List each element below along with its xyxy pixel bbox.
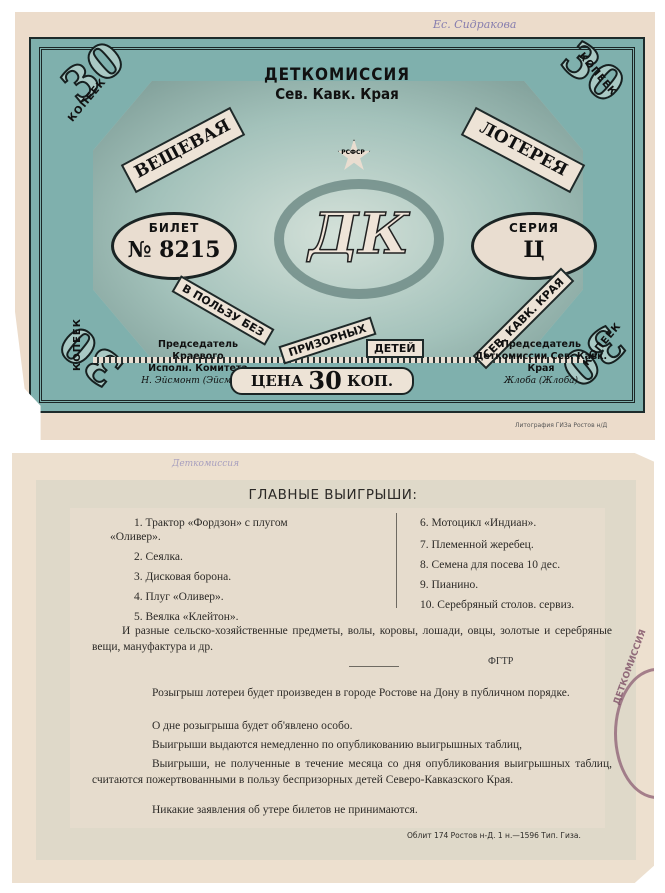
prize-item: 10. Серебряный столов. сервиз. — [420, 595, 574, 615]
ticket-number: № 8215 — [114, 237, 234, 263]
prize-item: 4. Плуг «Оливер». — [134, 587, 288, 607]
prize-item: 7. Племенной жеребец. — [420, 535, 574, 555]
issuer-title: ДЕТКОМИССИЯ — [31, 65, 643, 85]
lost-tickets-text: Никакие заявления об утере билетов не пр… — [92, 802, 612, 818]
issuer-region: Сев. Кавк. Края — [31, 85, 643, 103]
prize-item: 2. Сеялка. — [134, 547, 288, 567]
wreath-emblem: ДК — [274, 179, 444, 299]
ticket-number-cartouche: БИЛЕТ № 8215 — [111, 212, 237, 280]
signature-title-left-1: Председатель Краевого — [133, 339, 263, 363]
handwritten-note: Ес. Сидракова — [433, 18, 516, 31]
printer-imprint: Облит 174 Ростов н-Д. 1 н.—1596 Тип. Гиз… — [407, 831, 581, 840]
prizes-right-list: 6. Мотоцикл «Индиан». 7. Племенной жереб… — [420, 513, 574, 615]
back-text-block: ГЛАВНЫЕ ВЫИГРЫШИ: 1. Трактор «Фордзон» с… — [12, 453, 654, 883]
column-divider — [396, 513, 397, 608]
draw-location-text: Розыгрыш лотереи будет произведен в горо… — [92, 685, 612, 701]
price-value: 30 — [308, 366, 341, 395]
series-label: СЕРИЯ — [474, 221, 594, 235]
prizes-left-list: 1. Трактор «Фордзон» с плугом «Оливер». … — [134, 513, 288, 627]
price-cartouche: ЦЕНА 30 КОП. — [230, 367, 414, 395]
handwritten-scribble: ФГТР — [488, 656, 513, 667]
prize-item: 6. Мотоцикл «Индиан». — [420, 513, 574, 533]
star-emblem-text: РСФСР — [337, 149, 369, 156]
ticket-label: БИЛЕТ — [114, 221, 234, 235]
other-prizes-text: И разные сельско-хозяйственные предметы,… — [92, 623, 612, 655]
price-unit: КОП. — [347, 372, 393, 390]
ticket-front: Ес. Сидракова 30 КОПЕЕК 30 КОПЕЕК 30 КОП… — [15, 12, 655, 440]
prize-item: 3. Дисковая борона. — [134, 567, 288, 587]
signature-title-right-2: Деткомиссии Сев. Кавк. Края — [471, 351, 611, 375]
purpose-ribbon-3: ДЕТЕЙ — [366, 339, 424, 358]
unclaimed-text: Выигрыши, не полученные в течение месяца… — [92, 756, 612, 788]
ornamental-frame: 30 КОПЕЕК 30 КОПЕЕК 30 КОПЕЕК 30 КОПЕЕК … — [29, 37, 645, 413]
prizes-title: ГЛАВНЫЕ ВЫИГРЫШИ: — [12, 487, 654, 503]
monogram: ДК — [274, 201, 444, 267]
payout-text: Выигрыши выдаются немедленно по опублико… — [92, 737, 612, 753]
prize-item: 9. Пианино. — [420, 575, 574, 595]
printer-mark: Литография ГИЗа Ростов н/Д — [515, 422, 607, 429]
signature-right: Жлоба (Жлоба) — [471, 375, 611, 387]
series-cartouche: СЕРИЯ Ц — [471, 212, 597, 280]
series-value: Ц — [474, 237, 594, 263]
prize-item: 8. Семена для посева 10 дес. — [420, 555, 574, 575]
section-divider — [349, 666, 399, 667]
corner-unit-bottom-left: КОПЕЕК — [72, 318, 83, 371]
signature-title-right-1: Председатель — [471, 339, 611, 351]
ticket-back: Деткомиссия ГЛАВНЫЕ ВЫИГРЫШИ: 1. Трактор… — [12, 453, 654, 883]
draw-date-text: О дне розыгрыша будет об'явлено особо. — [92, 718, 612, 734]
price-word: ЦЕНА — [251, 372, 303, 390]
signature-block-right: Председатель Деткомиссии Сев. Кавк. Края… — [471, 339, 611, 387]
